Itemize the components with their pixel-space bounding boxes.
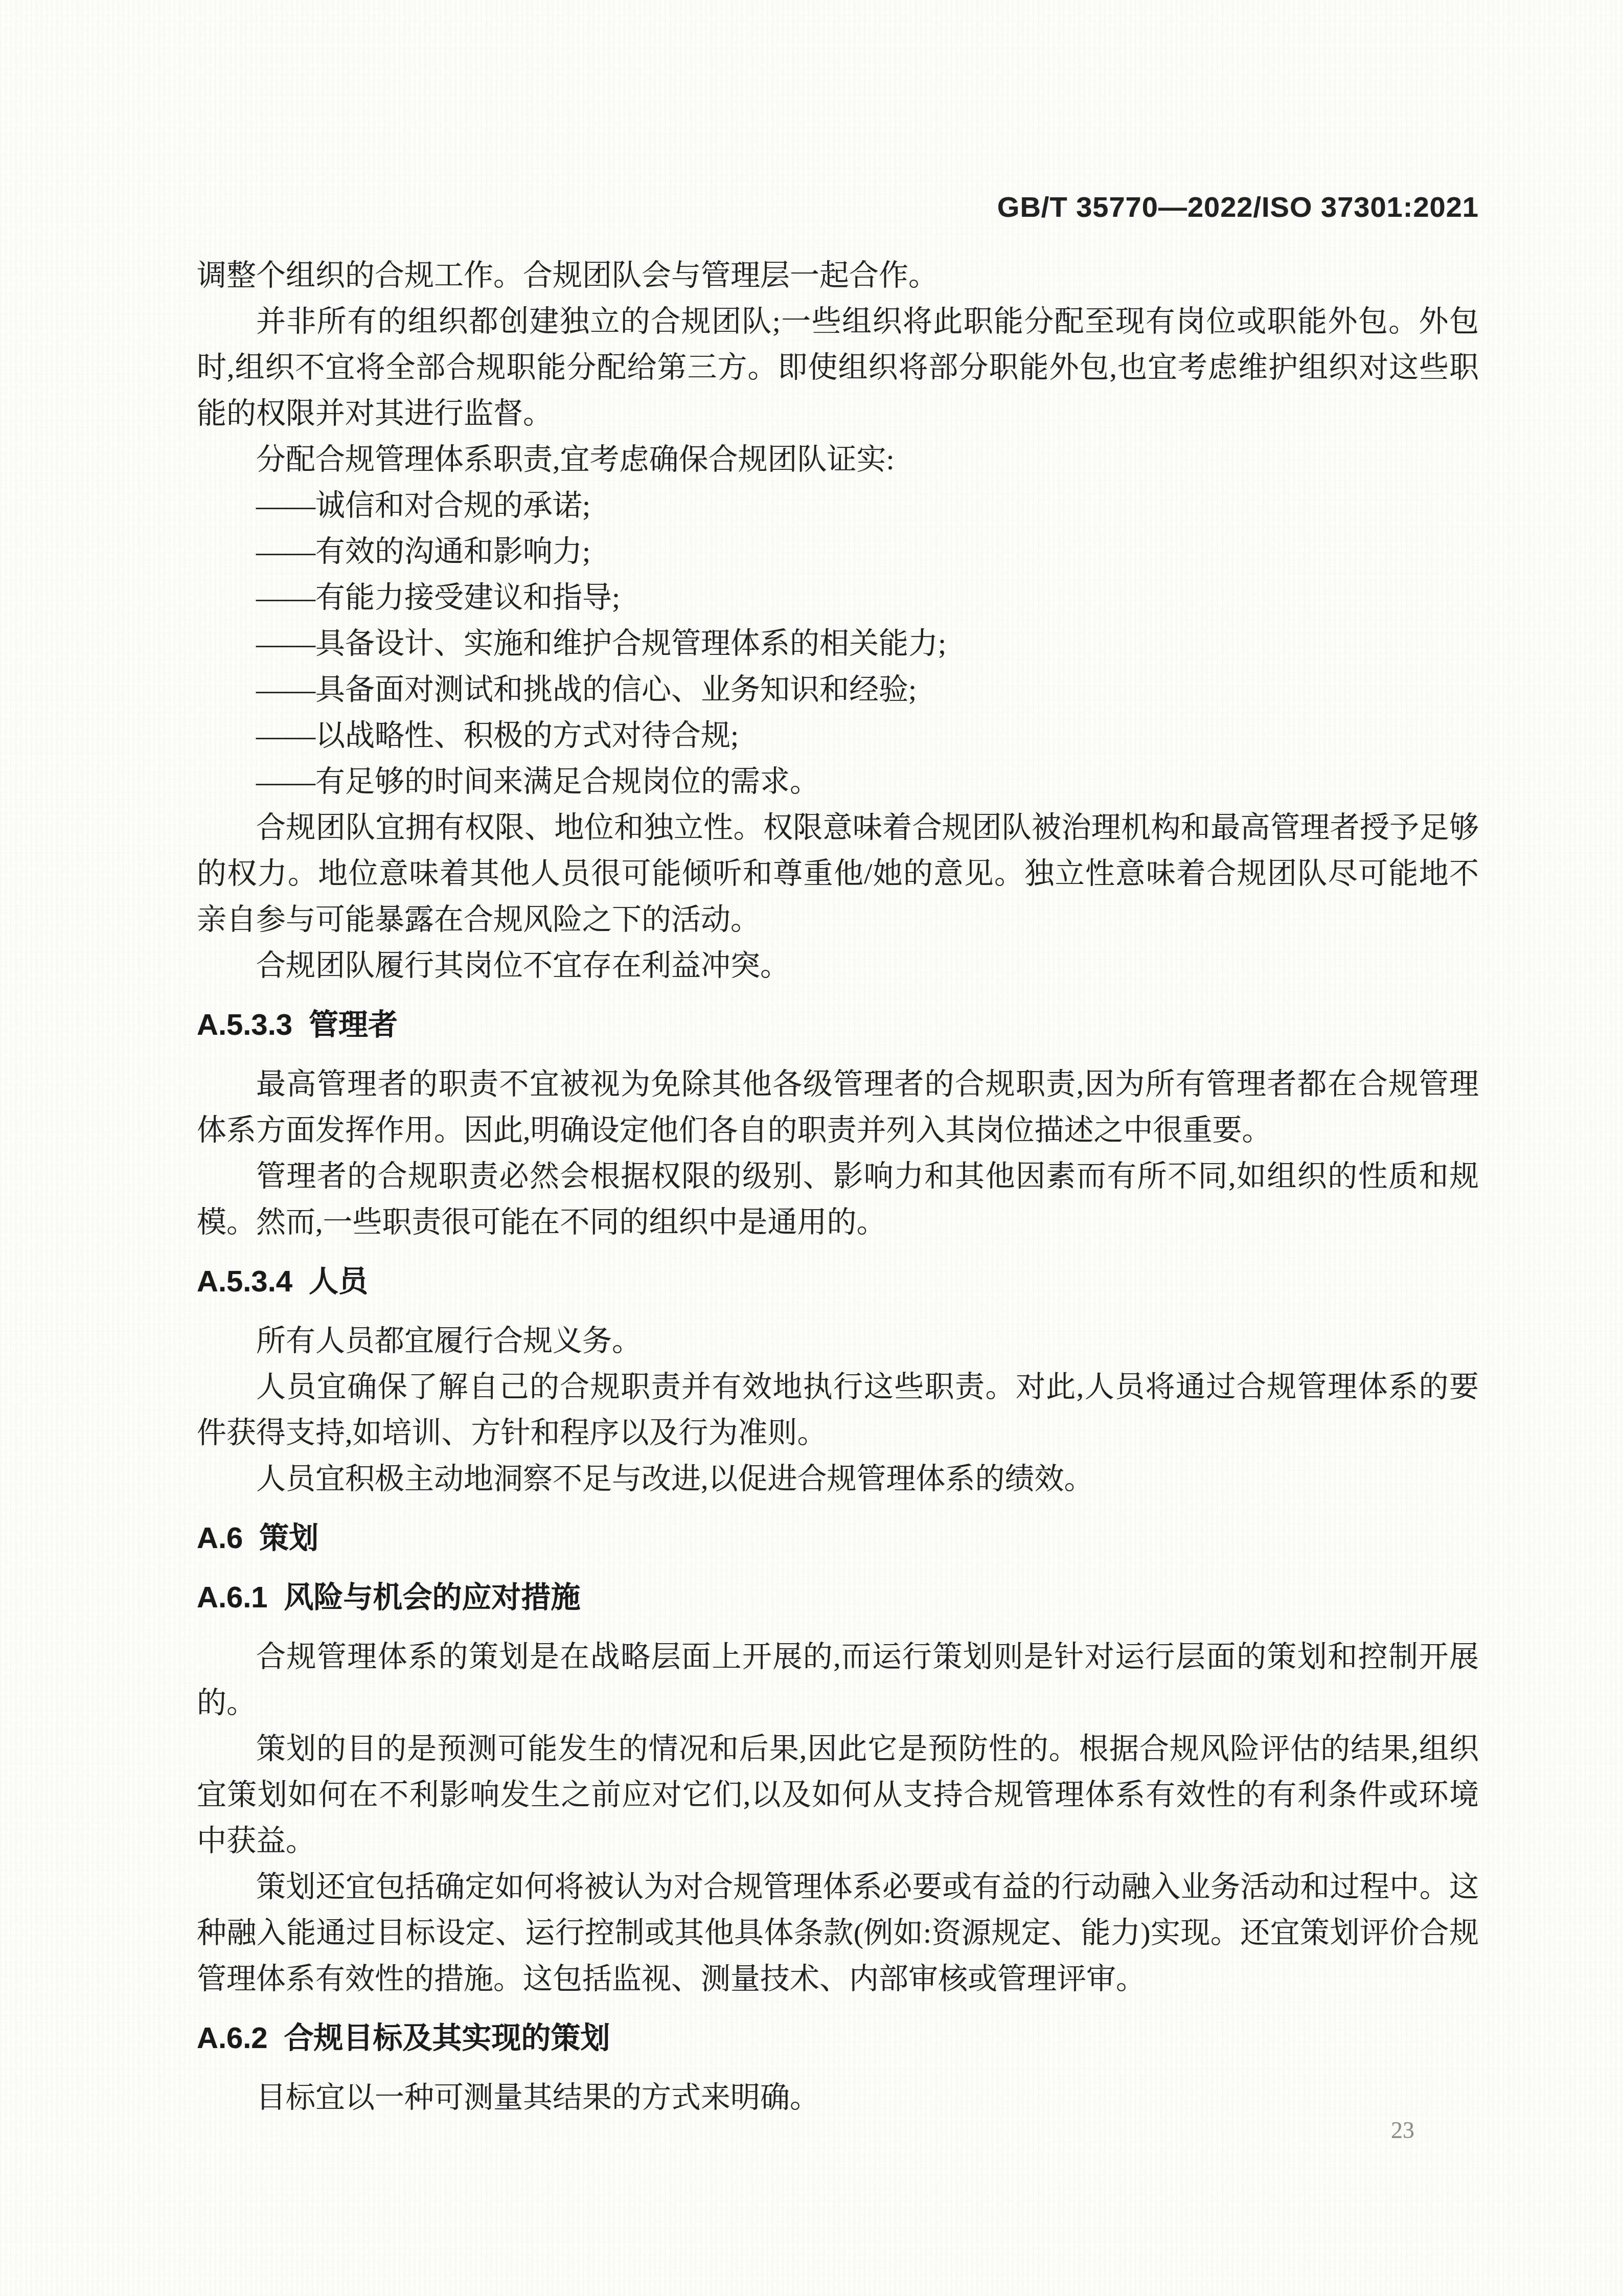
section-title: 管理者 [309,1008,398,1041]
paragraph-conflict: 合规团队履行其岗位不宜存在利益冲突。 [197,943,1479,989]
section-title: 人员 [309,1265,368,1298]
paragraph-outsourcing: 并非所有的组织都创建独立的合规团队;一些组织将此职能分配至现有岗位或职能外包。外… [197,299,1479,437]
section-number: A.6.1 [197,1581,268,1614]
paragraph: 合规管理体系的策划是在战略层面上开展的,而运行策划则是针对运行层面的策划和控制开… [197,1634,1479,1726]
paragraph: 策划的目的是预测可能发生的情况和后果,因此它是预防性的。根据合规风险评估的结果,… [197,1726,1479,1864]
section-heading-a61: A.6.1风险与机会的应对措施 [197,1575,1479,1621]
paragraph: 人员宜积极主动地洞察不足与改进,以促进合规管理体系的绩效。 [197,1456,1479,1502]
section-heading-a534: A.5.3.4人员 [197,1259,1479,1305]
document-page: GB/T 35770—2022/ISO 37301:2021 调整个组织的合规工… [0,0,1623,2296]
section-title: 合规目标及其实现的策划 [284,2021,610,2055]
paragraph: 策划还宜包括确定如何将被认为对合规管理体系必要或有益的行动融入业务活动和过程中。… [197,1864,1479,2002]
list-item: ——以战略性、积极的方式对待合规; [197,713,1479,759]
page-header: GB/T 35770—2022/ISO 37301:2021 [197,190,1479,223]
section-number: A.5.3.4 [197,1265,292,1298]
page-number: 23 [1391,2117,1414,2144]
section-number: A.6.2 [197,2021,268,2055]
section-title: 策划 [259,1521,318,1555]
paragraph: 人员宜确保了解自己的合规职责并有效地执行这些职责。对此,人员将通过合规管理体系的… [197,1364,1479,1456]
paragraph-authority: 合规团队宜拥有权限、地位和独立性。权限意味着合规团队被治理机构和最高管理者授予足… [197,805,1479,943]
section-heading-a6: A.6策划 [197,1515,1479,1561]
list-item: ——有足够的时间来满足合规岗位的需求。 [197,759,1479,805]
document-body: 调整个组织的合规工作。合规团队会与管理层一起合作。 并非所有的组织都创建独立的合… [197,253,1479,2121]
section-number: A.6 [197,1521,243,1555]
list-item: ——具备设计、实施和维护合规管理体系的相关能力; [197,621,1479,667]
paragraph: 所有人员都宜履行合规义务。 [197,1318,1479,1364]
section-number: A.5.3.3 [197,1008,292,1041]
standard-code: GB/T 35770—2022/ISO 37301:2021 [997,191,1479,223]
list-item: ——具备面对测试和挑战的信心、业务知识和经验; [197,667,1479,713]
paragraph: 目标宜以一种可测量其结果的方式来明确。 [197,2075,1479,2121]
list-item: ——有能力接受建议和指导; [197,575,1479,621]
section-heading-a62: A.6.2合规目标及其实现的策划 [197,2015,1479,2061]
section-heading-a533: A.5.3.3管理者 [197,1002,1479,1048]
paragraph-carryover: 调整个组织的合规工作。合规团队会与管理层一起合作。 [197,253,1479,299]
paragraph-assign-lead: 分配合规管理体系职责,宜考虑确保合规团队证实: [197,437,1479,483]
section-title: 风险与机会的应对措施 [284,1581,581,1614]
list-item: ——诚信和对合规的承诺; [197,483,1479,529]
paragraph: 最高管理者的职责不宜被视为免除其他各级管理者的合规职责,因为所有管理者都在合规管… [197,1061,1479,1153]
list-item: ——有效的沟通和影响力; [197,529,1479,575]
paragraph: 管理者的合规职责必然会根据权限的级别、影响力和其他因素而有所不同,如组织的性质和… [197,1153,1479,1245]
